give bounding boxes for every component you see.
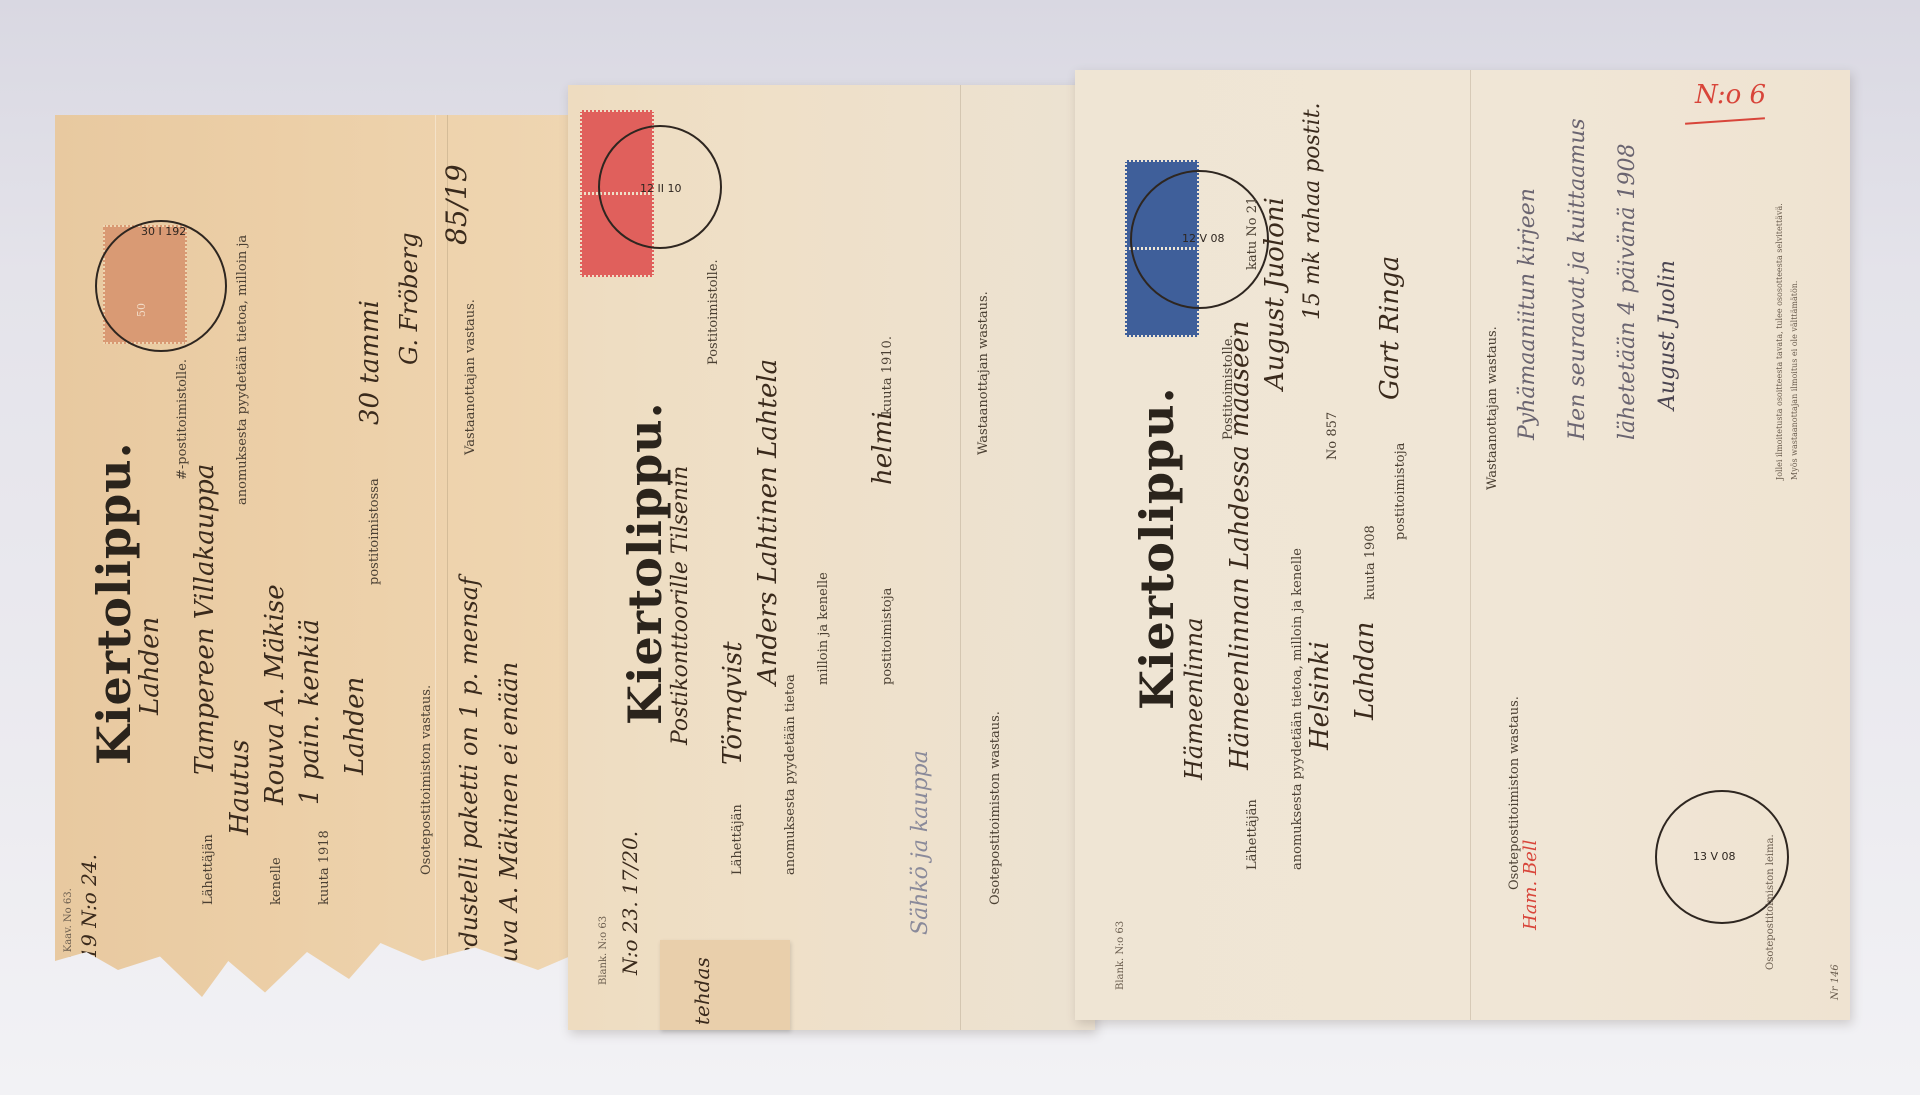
form-label: #-postitoimistolle. (175, 359, 190, 480)
form-label: milloin ja kenelle (816, 572, 831, 685)
document-middle: 12 II 10 Kiertolippu. Postikonttoorille … (568, 85, 1095, 1030)
handwriting: N:o 23. 17/20. (618, 831, 642, 975)
form-label: Lähettäjän (201, 834, 216, 905)
handwriting: Lahdan (1350, 622, 1380, 720)
handwriting: Hen seuraavat ja kuittaamus (1565, 118, 1590, 440)
fine-print: Myös wastaanottajan ilmoitus ei ole vält… (1790, 281, 1799, 480)
form-label: Lähettäjän (1245, 799, 1260, 870)
handwriting: August Juoloni (1260, 197, 1290, 390)
form-label: postitoimistossa (367, 478, 382, 585)
handwriting: Siedustelli paketti on 1 p. mensaf (455, 577, 483, 985)
form-number: Blank. N:o 63 (598, 916, 609, 985)
handwriting: tehdas (690, 957, 714, 1025)
signature: August Juolin (1655, 260, 1680, 410)
form-label: No 857 (1325, 412, 1340, 460)
handwriting: Tampereen Villakauppa (190, 464, 220, 775)
form-label: kuuta 1910. (880, 336, 895, 415)
handwriting: Nr 146 (1830, 964, 1841, 1000)
signature: G. Fröberg (395, 232, 423, 365)
handwriting: Lahden (135, 617, 165, 715)
fold-line (1470, 70, 1471, 1020)
handwriting: 30 tammi (355, 300, 385, 425)
fold-crease (435, 115, 436, 1015)
handwriting: Helsinki (1305, 641, 1335, 750)
document-right: N:o 6 12 V 08 Kiertolippu. Hämeenlinna P… (1075, 70, 1850, 1020)
handwriting: Lahden (340, 677, 370, 775)
handwriting: Hautus (225, 740, 255, 835)
form-number: 1. Kaav. No 63. (63, 888, 74, 965)
signature: Gart Ringa (1375, 256, 1405, 400)
handwriting: Rouva A. Mäkise (260, 584, 290, 805)
fine-print: Jollei ilmoitetusta osoitteesta tavata, … (1775, 203, 1784, 480)
form-label: Osotepostitoimiston wastaus. (988, 711, 1003, 905)
form-label: postitoimistoja (1393, 443, 1408, 540)
handwriting: Anders Lahtinen Lahtela (753, 359, 783, 685)
handwriting-red: Ham. Bell (1520, 840, 1541, 930)
postmark-lahti: 12 II 10 (598, 125, 722, 249)
form-number: Blank. N:o 63 (1115, 921, 1126, 990)
postmark-helsinki: 30 I 192 (95, 220, 227, 352)
form-label: anomuksesta pyydetään tietoa (783, 674, 798, 875)
form-title: Kiertolippu. (1130, 386, 1184, 710)
form-label: Osotepostitoimiston leima. (1765, 834, 1776, 970)
form-label: kenelle (269, 857, 284, 905)
red-underline (1685, 117, 1765, 125)
form-label: anomuksesta pyydetään tietoa, milloin ja (235, 235, 250, 505)
handwriting: 15 mk rahaa postit. (1300, 102, 1325, 320)
handwriting: helmi (868, 412, 898, 485)
fold-line (960, 85, 961, 1030)
form-label: Wastaanottajan wastaus. (1485, 326, 1500, 490)
form-label: Postitoimistolle. (706, 259, 721, 365)
handwriting: Postikonttoorille Tilsenin (668, 466, 693, 745)
document-left: 85/19 50 30 I 192 Kiertolippu. Lahden #-… (55, 115, 580, 1015)
corner-note: 85/19 (440, 164, 473, 245)
form-label: Wastaanottajan wastaus. (976, 291, 991, 455)
form-label: katu No 21 (1245, 197, 1260, 270)
handwriting: 1 pain. kenkiä (295, 619, 325, 805)
handwriting: Hämeenlinnan Lahdessa maaseen (1225, 321, 1255, 771)
document-number: N:o 6 (1695, 80, 1766, 110)
form-label: Lähettäjän (730, 804, 745, 875)
handwriting: Hämeenlinna (1180, 618, 1208, 780)
form-label: kuuta 1918 (317, 830, 332, 905)
form-label: kuuta 1908 (1363, 525, 1378, 600)
handwriting: lähetetään 4 päivänä 1908 (1615, 144, 1640, 440)
handwriting: Rouva A. Mäkinen ei enään (495, 662, 523, 995)
form-label: Vastaanottajan vastaus. (463, 299, 478, 455)
form-label: Osotepostitoimiston vastaus. (419, 685, 434, 875)
form-title: Kiertolippu. (618, 401, 672, 725)
handwriting: Pyhämaaniitun kirjeen (1515, 188, 1540, 440)
torn-paper-fragment: tehdas (660, 940, 790, 1030)
form-label: anomuksesta pyydetään tietoa, milloin ja… (1290, 548, 1305, 870)
form-label: postitoimistoja (880, 588, 895, 685)
form-title: Kiertolippu. (87, 441, 141, 765)
handwriting: Sähkö ja kauppa (908, 750, 933, 935)
handwriting: 1919 N:o 24. (77, 854, 101, 985)
fold-line (447, 115, 448, 1015)
handwriting: Törnqvist (718, 641, 748, 765)
